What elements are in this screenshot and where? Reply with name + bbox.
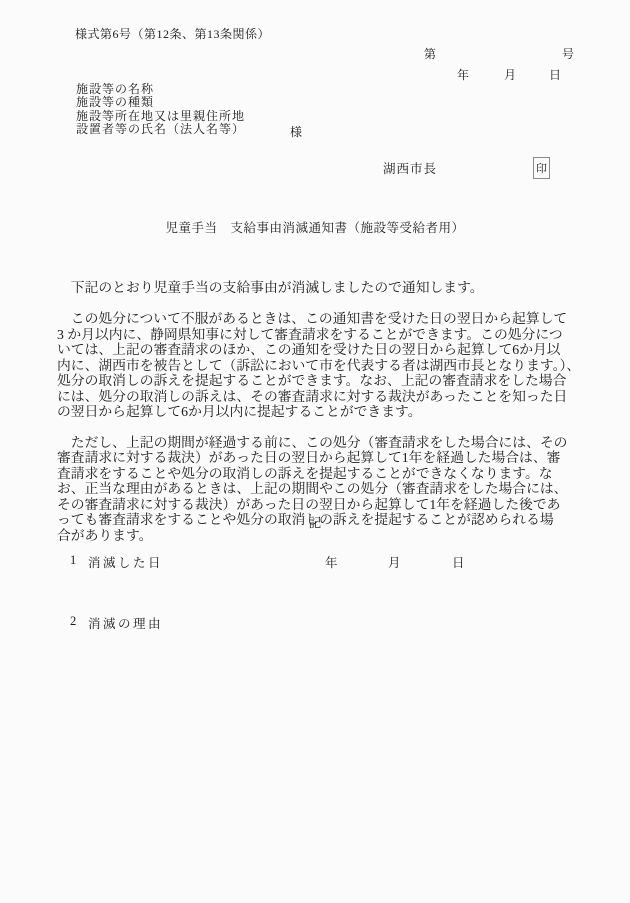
document-number-prefix: 第 [424, 45, 436, 62]
item-2-number: 2 [70, 614, 76, 629]
document-number-suffix: 号 [562, 45, 574, 62]
document-title: 児童手当 支給事由消滅通知書（施設等受給者用） [0, 218, 630, 236]
item-extinction-date: 1 消滅した日 年 月 日 [0, 553, 630, 571]
kicker-ki: 記 [0, 513, 630, 531]
paragraph-appeal-rights: この処分について不服があるときは、この通知書を受けた日の翌日から起算して 3 か… [57, 311, 582, 419]
date-day-label: 日 [549, 66, 561, 83]
item-extinction-reason: 2 消滅の理由 [0, 614, 630, 632]
item-1-number: 1 [70, 553, 76, 568]
date-year-label: 年 [457, 66, 469, 83]
item-2-label: 消滅の理由 [88, 614, 163, 632]
official-seal-box: 印 [533, 157, 550, 179]
paragraph-notification: 下記のとおり児童手当の支給事由が消滅しましたので通知します。 [57, 280, 582, 295]
addressee-honorific: 様 [290, 123, 302, 140]
issuer-mayor-title: 湖西市長 [383, 159, 437, 177]
date-month-label: 月 [504, 66, 516, 83]
addressee-facility-type: 施設等の種類 [76, 96, 245, 109]
item-1-label: 消滅した日 [88, 553, 163, 571]
form-number: 様式第6号（第12条、第13条関係） [75, 25, 270, 42]
notice-document-page: 様式第6号（第12条、第13条関係） 第 号 年 月 日 施設等の名称 施設等の… [0, 0, 630, 903]
seal-character: 印 [536, 160, 547, 176]
item-1-year-label: 年 [325, 553, 338, 571]
addressee-block: 施設等の名称 施設等の種類 施設等所在地又は里親住所地 設置者等の氏名（法人名等… [76, 83, 245, 137]
item-1-month-label: 月 [388, 553, 401, 571]
item-1-day-label: 日 [452, 553, 465, 571]
addressee-installer-name: 設置者等の氏名（法人名等） [76, 123, 245, 136]
